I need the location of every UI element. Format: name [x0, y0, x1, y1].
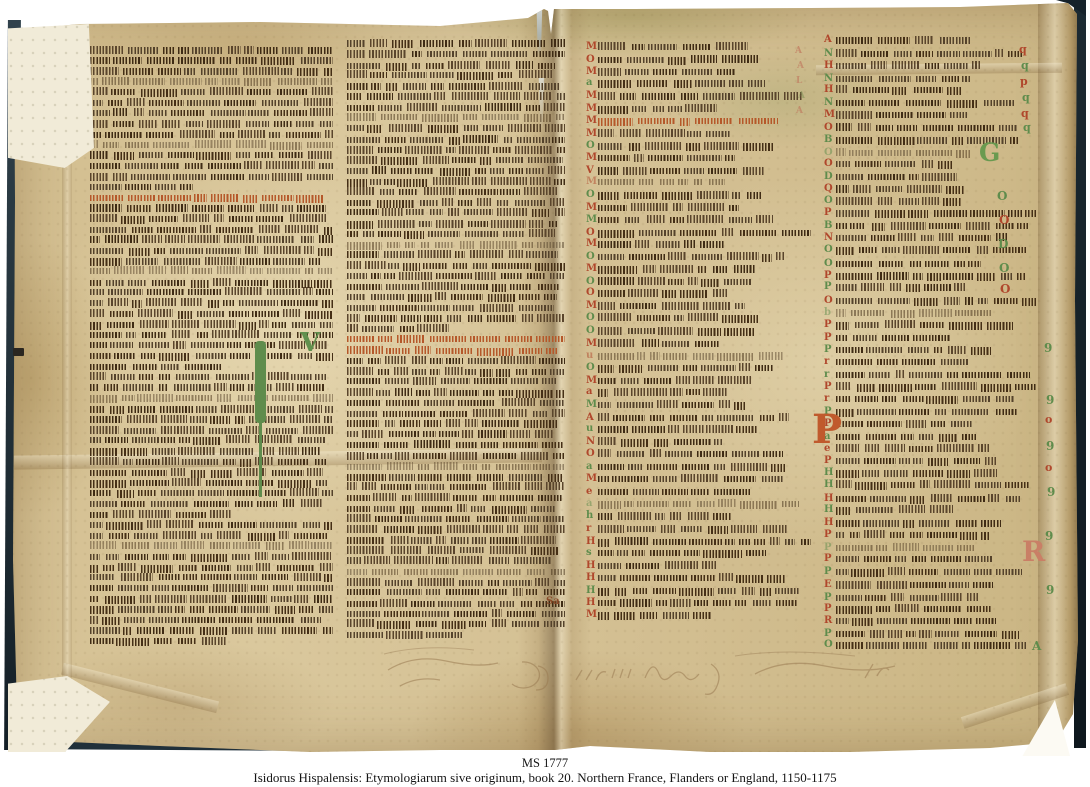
word-strokes: [954, 283, 966, 291]
word-strokes: [618, 512, 652, 520]
word-strokes: [540, 400, 565, 406]
text-line: [347, 621, 565, 629]
word-strokes: [996, 409, 1018, 415]
word-strokes: [128, 280, 147, 286]
word-strokes: [598, 266, 637, 274]
word-strokes: [279, 531, 290, 539]
text-line: [90, 501, 333, 509]
line-initial: P: [824, 320, 832, 330]
word-strokes: [548, 474, 564, 482]
text-line: [347, 484, 565, 492]
word-strokes: [223, 459, 236, 465]
word-strokes: [278, 480, 312, 488]
word-strokes: [637, 80, 668, 86]
word-strokes: [277, 565, 314, 571]
word-strokes: [389, 431, 419, 437]
word-strokes: [347, 251, 379, 257]
word-strokes: [902, 359, 935, 365]
word-strokes: [105, 235, 138, 243]
text-line: [347, 326, 565, 334]
word-strokes: [426, 632, 461, 638]
initial-p-red: P: [812, 410, 842, 450]
word-strokes: [478, 430, 507, 438]
word-strokes: [836, 372, 865, 378]
word-strokes: [642, 93, 676, 99]
word-strokes: [943, 198, 962, 206]
word-strokes: [688, 277, 698, 285]
word-strokes: [423, 263, 448, 269]
word-strokes: [624, 192, 658, 198]
word-strokes: [763, 525, 787, 533]
word-strokes: [975, 482, 1001, 488]
word-strokes: [122, 395, 135, 401]
word-strokes: [965, 631, 997, 637]
word-strokes: [255, 152, 273, 158]
word-strokes: [490, 546, 526, 554]
word-strokes: [239, 300, 277, 306]
word-strokes: [615, 588, 627, 596]
word-strokes: [110, 342, 134, 348]
word-strokes: [836, 247, 855, 255]
word-strokes: [324, 68, 333, 76]
word-strokes: [139, 510, 172, 518]
word-strokes: [555, 208, 565, 216]
word-strokes: [598, 205, 627, 211]
text-line: E: [824, 582, 1040, 590]
word-strokes: [527, 569, 546, 575]
word-strokes: [277, 89, 308, 95]
word-strokes: [202, 565, 231, 571]
word-strokes: [453, 495, 478, 501]
text-line: M: [586, 179, 812, 187]
word-strokes: [893, 543, 919, 551]
line-initial: O: [586, 288, 595, 298]
word-strokes: [182, 459, 220, 465]
word-strokes: [90, 512, 109, 518]
word-strokes: [424, 187, 456, 195]
word-strokes: [320, 322, 333, 328]
word-strokes: [134, 533, 159, 539]
word-strokes: [90, 616, 99, 624]
word-strokes: [687, 155, 722, 161]
word-strokes: [313, 394, 333, 402]
word-strokes: [90, 280, 102, 286]
margin-letter: A: [798, 92, 805, 101]
word-strokes: [938, 161, 953, 169]
word-strokes: [934, 210, 967, 216]
text-line: P: [824, 458, 1040, 466]
word-strokes: [836, 49, 857, 57]
word-strokes: [942, 76, 959, 82]
margin-letter: L: [796, 77, 802, 86]
word-strokes: [90, 426, 119, 434]
text-line: O: [586, 279, 812, 287]
left-page-column-1: [90, 47, 333, 656]
word-strokes: [415, 493, 449, 501]
word-strokes: [375, 516, 403, 522]
word-strokes: [447, 315, 462, 321]
word-strokes: [916, 51, 933, 57]
word-strokes: [114, 152, 134, 160]
text-line: u: [586, 353, 812, 361]
line-initial: O: [586, 252, 595, 262]
word-strokes: [632, 426, 665, 432]
word-strokes: [870, 496, 905, 502]
text-line: [90, 574, 333, 582]
word-strokes: [154, 248, 165, 254]
word-strokes: [663, 612, 690, 618]
word-strokes: [213, 278, 232, 286]
word-strokes: [629, 254, 665, 260]
word-strokes: [732, 451, 760, 457]
word-strokes: [185, 364, 222, 370]
word-strokes: [183, 574, 198, 580]
word-strokes: [318, 248, 333, 256]
word-strokes: [635, 240, 651, 248]
text-line: M: [586, 155, 812, 163]
word-strokes: [237, 468, 266, 476]
word-strokes: [267, 289, 301, 295]
word-strokes: [660, 265, 692, 273]
word-strokes: [684, 168, 705, 174]
margin-letter: 9: [1044, 342, 1052, 354]
word-strokes: [480, 304, 514, 312]
word-strokes: [123, 68, 154, 74]
word-strokes: [878, 298, 909, 304]
text-line: [90, 258, 333, 266]
word-strokes: [90, 490, 112, 496]
word-strokes: [394, 367, 409, 375]
word-strokes: [365, 261, 386, 269]
word-strokes: [598, 575, 617, 581]
word-strokes: [365, 315, 397, 321]
word-strokes: [598, 217, 619, 223]
word-strokes: [172, 478, 200, 486]
word-strokes: [925, 261, 949, 267]
word-strokes: [107, 322, 134, 328]
word-strokes: [937, 51, 959, 57]
word-strokes: [966, 222, 990, 230]
word-strokes: [698, 266, 708, 272]
word-strokes: [535, 263, 565, 271]
word-strokes: [684, 240, 696, 248]
word-strokes: [899, 409, 929, 415]
word-strokes: [227, 342, 242, 348]
word-strokes: [621, 439, 648, 447]
word-strokes: [680, 290, 708, 298]
word-strokes: [232, 554, 251, 560]
word-strokes: [384, 526, 415, 532]
word-strokes: [378, 220, 416, 228]
word-strokes: [836, 335, 848, 341]
margin-letter: D: [998, 238, 1008, 250]
word-strokes: [384, 442, 409, 448]
word-strokes: [392, 72, 426, 78]
text-line: [90, 268, 333, 276]
word-strokes: [753, 600, 771, 606]
word-strokes: [903, 396, 923, 402]
word-strokes: [681, 474, 719, 482]
word-strokes: [412, 51, 422, 57]
margin-letter: q: [1023, 122, 1031, 133]
word-strokes: [469, 621, 486, 627]
word-strokes: [156, 204, 189, 212]
word-strokes: [385, 356, 406, 364]
word-strokes: [903, 642, 928, 648]
word-strokes: [364, 556, 390, 564]
word-strokes: [202, 637, 226, 645]
word-strokes: [307, 174, 333, 180]
word-strokes: [598, 489, 629, 495]
word-strokes: [236, 140, 266, 148]
line-initial: B: [824, 135, 832, 145]
text-line: O: [824, 298, 1040, 306]
word-strokes: [272, 322, 288, 328]
word-strokes: [470, 250, 504, 258]
word-strokes: [526, 105, 540, 111]
word-strokes: [673, 203, 683, 211]
word-strokes: [196, 353, 226, 359]
line-initial: h: [586, 511, 593, 521]
word-strokes: [415, 484, 427, 490]
line-initial: N: [824, 74, 833, 84]
word-strokes: [220, 448, 254, 454]
word-strokes: [255, 457, 273, 465]
text-line: [90, 395, 333, 403]
word-strokes: [371, 294, 404, 300]
word-strokes: [958, 125, 994, 131]
word-strokes: [225, 287, 264, 295]
text-line: [90, 606, 333, 614]
word-strokes: [529, 83, 560, 89]
text-line: [90, 374, 333, 382]
word-strokes: [627, 57, 665, 63]
word-strokes: [146, 298, 178, 306]
word-strokes: [209, 606, 238, 612]
word-strokes: [631, 203, 669, 211]
word-strokes: [693, 376, 714, 384]
word-strokes: [633, 588, 649, 594]
word-strokes: [452, 92, 490, 100]
word-strokes: [598, 501, 621, 509]
word-strokes: [492, 609, 502, 617]
text-line: [347, 189, 565, 197]
text-line: [90, 617, 333, 625]
word-strokes: [598, 413, 610, 421]
word-strokes: [941, 359, 969, 365]
line-initial: a: [586, 462, 592, 472]
word-strokes: [716, 42, 748, 50]
word-strokes: [274, 121, 293, 127]
word-strokes: [557, 147, 565, 153]
word-strokes: [139, 152, 164, 158]
word-strokes: [281, 300, 317, 306]
word-strokes: [598, 179, 634, 185]
text-line: [90, 437, 333, 445]
word-strokes: [1002, 631, 1019, 639]
text-line: [347, 231, 565, 239]
word-strokes: [895, 556, 907, 562]
word-strokes: [521, 601, 533, 607]
word-strokes: [836, 631, 865, 637]
word-strokes: [400, 420, 420, 426]
line-initial: D: [824, 172, 833, 182]
word-strokes: [193, 437, 221, 445]
word-strokes: [170, 627, 195, 633]
word-strokes: [90, 248, 123, 254]
word-strokes: [181, 89, 205, 95]
word-strokes: [412, 63, 421, 69]
word-strokes: [196, 406, 217, 412]
word-strokes: [954, 261, 965, 267]
word-strokes: [913, 470, 944, 476]
line-initial: V: [586, 166, 594, 176]
word-strokes: [934, 347, 943, 353]
word-strokes: [739, 363, 751, 371]
word-strokes: [543, 516, 565, 522]
text-line: [90, 142, 333, 150]
word-strokes: [620, 93, 636, 99]
line-initial: M: [586, 153, 597, 163]
margin-letter: A: [797, 62, 804, 71]
word-strokes: [468, 315, 483, 321]
word-strokes: [453, 305, 476, 311]
word-strokes: [414, 440, 452, 448]
text-line: [90, 289, 333, 297]
word-strokes: [542, 378, 557, 384]
word-strokes: [643, 265, 657, 273]
word-strokes: [176, 395, 213, 401]
word-strokes: [385, 580, 413, 586]
word-strokes: [398, 93, 431, 99]
word-strokes: [598, 92, 615, 100]
word-strokes: [876, 606, 890, 612]
word-strokes: [90, 585, 113, 591]
word-strokes: [732, 192, 741, 198]
line-initial: H: [586, 561, 595, 571]
word-strokes: [190, 416, 207, 422]
text-line: [347, 495, 565, 503]
word-strokes: [917, 137, 948, 143]
text-line: Q: [824, 186, 1040, 194]
word-strokes: [434, 92, 446, 100]
line-initial: H: [586, 537, 595, 547]
word-strokes: [384, 273, 395, 279]
word-strokes: [290, 415, 321, 423]
word-strokes: [191, 342, 223, 348]
word-strokes: [154, 638, 173, 644]
word-strokes: [891, 593, 904, 601]
word-strokes: [381, 453, 392, 459]
word-strokes: [478, 601, 497, 607]
word-strokes: [90, 300, 103, 306]
word-strokes: [347, 506, 370, 512]
word-strokes: [679, 588, 714, 596]
word-strokes: [160, 406, 193, 412]
word-strokes: [325, 130, 333, 138]
word-strokes: [105, 132, 143, 138]
word-strokes: [283, 309, 299, 317]
text-line: M: [586, 205, 812, 213]
word-strokes: [665, 561, 699, 569]
word-strokes: [273, 258, 305, 264]
text-line: P: [824, 421, 1040, 429]
word-strokes: [395, 388, 412, 396]
word-strokes: [442, 105, 481, 111]
word-strokes: [436, 557, 448, 563]
word-strokes: [864, 530, 886, 538]
word-strokes: [694, 179, 703, 185]
word-strokes: [422, 506, 453, 512]
word-strokes: [697, 501, 715, 507]
word-strokes: [739, 118, 778, 124]
word-strokes: [531, 547, 558, 555]
word-strokes: [687, 215, 723, 223]
word-strokes: [509, 250, 523, 258]
word-strokes: [347, 452, 364, 460]
word-strokes: [347, 336, 375, 342]
word-strokes: [205, 78, 219, 84]
word-strokes: [1017, 273, 1027, 279]
word-strokes: [90, 163, 121, 169]
word-strokes: [628, 464, 641, 470]
word-strokes: [90, 565, 99, 573]
word-strokes: [836, 63, 866, 69]
word-strokes: [648, 365, 680, 371]
word-strokes: [621, 378, 641, 384]
word-strokes: [124, 617, 145, 623]
word-strokes: [688, 313, 717, 321]
word-strokes: [674, 80, 692, 88]
word-strokes: [347, 40, 365, 46]
word-strokes: [907, 185, 942, 193]
word-strokes: [530, 177, 551, 185]
word-strokes: [249, 174, 270, 180]
word-strokes: [235, 416, 246, 424]
word-strokes: [260, 522, 298, 528]
word-strokes: [475, 39, 507, 47]
text-line: [90, 332, 333, 340]
word-strokes: [197, 311, 225, 317]
text-line: O: [586, 254, 812, 262]
word-strokes: [90, 57, 110, 63]
word-strokes: [411, 537, 433, 543]
word-strokes: [211, 174, 245, 180]
word-strokes: [598, 230, 635, 238]
word-strokes: [109, 533, 129, 539]
word-strokes: [836, 100, 865, 106]
word-strokes: [159, 574, 180, 580]
word-strokes: [925, 63, 941, 69]
word-strokes: [695, 118, 734, 124]
word-strokes: [676, 376, 690, 384]
word-strokes: [149, 100, 183, 106]
word-strokes: [191, 470, 206, 478]
right-page-column-1: MOMaMMMMOMVMOMMOMOMOOMOOMuOMaMAuNOaMeahr…: [586, 44, 812, 632]
word-strokes: [205, 257, 237, 265]
word-strokes: [305, 268, 314, 274]
word-strokes: [273, 585, 293, 591]
text-line: [347, 251, 565, 259]
word-strokes: [210, 510, 230, 518]
word-strokes: [106, 554, 119, 560]
line-initial: P: [824, 382, 832, 392]
text-line: [347, 294, 565, 302]
word-strokes: [662, 192, 694, 200]
word-strokes: [460, 547, 485, 553]
word-strokes: [895, 604, 920, 612]
word-strokes: [448, 208, 459, 216]
